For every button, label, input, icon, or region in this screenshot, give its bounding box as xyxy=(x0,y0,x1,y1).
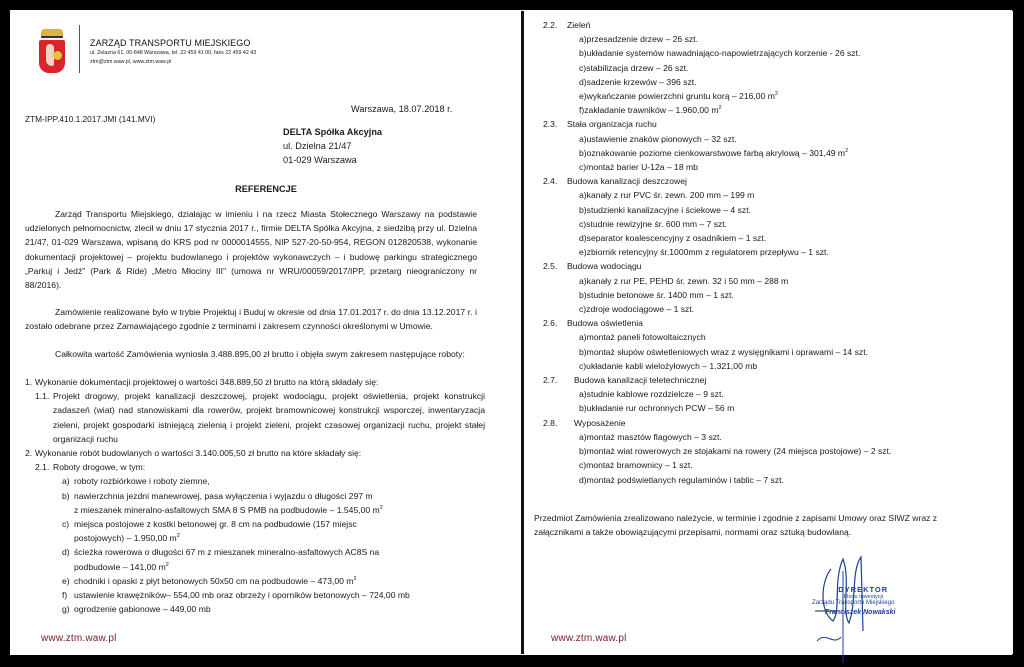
item-letter: e) xyxy=(579,89,587,103)
item-letter: f) xyxy=(62,588,74,602)
item-letter: a) xyxy=(579,387,587,401)
section-2-4: 2.4.Budowa kanalizacji deszczoweja)kanał… xyxy=(543,174,1003,259)
item-text: montaż barier U-12a – 18 mb xyxy=(586,160,1003,174)
paragraph-period: Zamówienie realizowane było w trybie Pro… xyxy=(25,305,477,333)
item-letter: a) xyxy=(579,32,587,46)
addressee-city: 01-029 Warszawa xyxy=(283,153,382,167)
item-text: zbiornik retencyjny śr.1000mm z regulato… xyxy=(587,245,1003,259)
section-1-1: 1.1. Projekt drogowy, projekt kanalizacj… xyxy=(25,389,485,446)
section-title: Stała organizacja ruchu xyxy=(567,117,657,131)
section-number: 2.8. xyxy=(543,416,574,430)
item-text: nawierzchnia jezdni manewrowej, pasa wył… xyxy=(74,489,485,503)
item-continuation: z mieszanek mineralno-asfaltowych SMA 8 … xyxy=(62,503,485,517)
item-letter: b) xyxy=(62,489,74,503)
item-text: studnie rewizyjne śr. 600 mm – 7 szt. xyxy=(586,217,1003,231)
org-address: ul. Żelazna 61, 00-848 Warszawa, tel. 22… xyxy=(90,50,256,57)
item-text: ustawienie znaków pionowych – 32 szt. xyxy=(587,132,1003,146)
item-text: kanały z rur PE, PEHD śr. zewn. 32 i 50 … xyxy=(587,274,1003,288)
item-letter: c) xyxy=(579,359,586,373)
list-item: e)chodniki i opaski z płyt betonowych 50… xyxy=(62,574,485,588)
reference-number: ZTM-IPP.410.1.2017.JMI (141.MVI) xyxy=(25,114,155,124)
letterhead-divider xyxy=(79,25,80,73)
item-letter: d) xyxy=(62,545,74,559)
item-text: ścieżka rowerowa o długości 67 m z miesz… xyxy=(74,545,485,559)
document-frame: ZARZĄD TRANSPORTU MIEJSKIEGO ul. Żelazna… xyxy=(10,10,1012,655)
item-text: przesadzenie drzew – 26 szt. xyxy=(587,32,1003,46)
item-text: zdroje wodociągowe – 1 szt. xyxy=(586,302,1003,316)
item-text: układanie rur ochronnych PCW – 56 m xyxy=(587,401,1003,415)
section-2-6: 2.6.Budowa oświetleniaa)montaż paneli fo… xyxy=(543,316,1003,373)
item-text: montaż słupów oświetleniowych wraz z wys… xyxy=(587,345,1003,359)
item-text: oznakowanie poziome cienkowarstwowe farb… xyxy=(587,146,1003,160)
item-text: miejsca postojowe z kostki betonowej gr.… xyxy=(74,517,485,531)
item-continuation: podbudowie – 141,00 m2 xyxy=(62,560,485,574)
list-item: a)studnie kablowe rozdzielcze – 9 szt. xyxy=(579,387,1003,401)
item-letter: e) xyxy=(579,245,587,259)
list-item: d)separator koalescencyjny z osadnikiem … xyxy=(579,231,1003,245)
addressee-name: DELTA Spółka Akcyjna xyxy=(283,125,382,139)
section-2-3: 2.3.Stała organizacja ruchua)ustawienie … xyxy=(543,117,1003,174)
list-item: c)stabilizacja drzew – 26 szt. xyxy=(579,61,1003,75)
footer-website-link[interactable]: www.ztm.waw.pl xyxy=(41,633,117,644)
item-text: wykańczanie powierzchni gruntu korą – 21… xyxy=(587,89,1003,103)
item-letter: b) xyxy=(579,444,587,458)
page-1: ZARZĄD TRANSPORTU MIEJSKIEGO ul. Żelazna… xyxy=(11,11,521,654)
item-letter: d) xyxy=(579,231,587,245)
list-item: b)studnie betonowe śr. 1400 mm – 1 szt. xyxy=(579,288,1003,302)
item-letter: c) xyxy=(579,458,586,472)
item-letter: a) xyxy=(62,474,74,488)
list-item: b)montaż słupów oświetleniowych wraz z w… xyxy=(579,345,1003,359)
section-number: 2.6. xyxy=(543,316,567,330)
item-text: montaż paneli fotowoltaicznych xyxy=(587,330,1003,344)
item-letter: c) xyxy=(579,217,586,231)
list-item: c)studnie rewizyjne śr. 600 mm – 7 szt. xyxy=(579,217,1003,231)
list-item: a)kanały z rur PE, PEHD śr. zewn. 32 i 5… xyxy=(579,274,1003,288)
section-title: Budowa oświetlenia xyxy=(567,316,643,330)
list-item: b)montaż wiat rowerowych ze stojakami na… xyxy=(579,444,1003,458)
list-item: d)montaż podświetlanych regulaminów i ta… xyxy=(579,473,1003,487)
item-letter: b) xyxy=(579,46,587,60)
item-continuation: postojowych) – 1.950,00 m2 xyxy=(62,531,485,545)
list-item: a)przesadzenie drzew – 26 szt. xyxy=(579,32,1003,46)
list-item: b)układanie rur ochronnych PCW – 56 m xyxy=(579,401,1003,415)
item-letter: c) xyxy=(579,61,586,75)
item-letter: g) xyxy=(62,602,74,616)
list-item: b)studzienki kanalizacyjne i ściekowe – … xyxy=(579,203,1003,217)
section-2-1: 2.1. Roboty drogowe, w tym: xyxy=(25,460,485,474)
list-item: d)ścieżka rowerowa o długości 67 m z mie… xyxy=(62,545,485,573)
list-item: a)montaż masztów flagowych – 3 szt. xyxy=(579,430,1003,444)
item-letter: a) xyxy=(579,132,587,146)
item-letter: b) xyxy=(579,203,587,217)
list-item: c)zdroje wodociągowe – 1 szt. xyxy=(579,302,1003,316)
item-letter: a) xyxy=(579,274,587,288)
section-2-1-items: a)roboty rozbiórkowe i roboty ziemne,b)n… xyxy=(25,474,485,616)
item-letter: d) xyxy=(579,473,587,487)
item-text: kanały z rur PVC śr. zewn. 200 mm – 199 … xyxy=(587,188,1003,202)
item-letter: b) xyxy=(579,288,587,302)
list-item: b)oznakowanie poziome cienkowarstwowe fa… xyxy=(579,146,1003,160)
section-1: 1. Wykonanie dokumentacji projektowej o … xyxy=(25,375,485,389)
section-title: Budowa wodociągu xyxy=(567,259,642,273)
list-item: g)ogrodzenie gabionowe – 449,00 mb xyxy=(62,602,485,616)
section-number: 2.2. xyxy=(543,18,567,32)
section-2-5: 2.5.Budowa wodociągua)kanały z rur PE, P… xyxy=(543,259,1003,316)
signature-block: DYREKTOR Pionu Inwestycji Zarządu Transp… xyxy=(771,551,991,663)
section-2-7: 2.7.Budowa kanalizacji teletechniczneja)… xyxy=(543,373,1003,416)
item-letter: a) xyxy=(579,430,587,444)
section-title: Zieleń xyxy=(567,18,590,32)
list-item: a)kanały z rur PVC śr. zewn. 200 mm – 19… xyxy=(579,188,1003,202)
section-title: Wyposażenie xyxy=(574,416,626,430)
closing-paragraph: Przedmiot Zamówienia zrealizowano należy… xyxy=(534,511,964,539)
document-title: REFERENCJE xyxy=(11,184,521,194)
section-number: 2.3. xyxy=(543,117,567,131)
item-text: sadzenie krzewów – 396 szt. xyxy=(587,75,1003,89)
page-2: 2.2.Zieleńa)przesadzenie drzew – 26 szt.… xyxy=(524,11,1013,654)
item-letter: a) xyxy=(579,188,587,202)
list-item: b)nawierzchnia jezdni manewrowej, pasa w… xyxy=(62,489,485,517)
item-text: chodniki i opaski z płyt betonowych 50x5… xyxy=(74,574,485,588)
list-item: a)roboty rozbiórkowe i roboty ziemne, xyxy=(62,474,485,488)
list-item: f)zakładanie trawników – 1.960,00 m2 xyxy=(579,103,1003,117)
item-text: ustawienie krawężników– 554,00 mb oraz o… xyxy=(74,588,485,602)
list-item: c)montaż barier U-12a – 18 mb xyxy=(579,160,1003,174)
section-2: 2. Wykonanie robót budowlanych o wartośc… xyxy=(25,446,485,460)
item-letter: b) xyxy=(579,146,587,160)
section-number: 2.7. xyxy=(543,373,574,387)
list-item: b)układanie systemów nawadniająco-napowi… xyxy=(579,46,1003,60)
director-stamp: DYREKTOR Pionu Inwestycji Zarządu Transp… xyxy=(831,585,895,616)
footer-website-link-2[interactable]: www.ztm.waw.pl xyxy=(551,633,627,644)
item-text: montaż podświetlanych regulaminów i tabl… xyxy=(587,473,1003,487)
item-text: ogrodzenie gabionowe – 449,00 mb xyxy=(74,602,485,616)
letter-date: Warszawa, 18.07.2018 r. xyxy=(351,104,452,114)
item-text: studnie kablowe rozdzielcze – 9 szt. xyxy=(587,387,1003,401)
addressee-street: ul. Dzielna 21/47 xyxy=(283,139,382,153)
item-letter: c) xyxy=(62,517,74,531)
org-contact: ztm@ztm.waw.pl, www.ztm.waw.pl xyxy=(90,59,256,66)
list-item: c)miejsca postojowe z kostki betonowej g… xyxy=(62,517,485,545)
warsaw-coat-of-arms-icon xyxy=(37,29,67,75)
section-title: Budowa kanalizacji deszczowej xyxy=(567,174,687,188)
list-item: c)montaż bramownicy – 1 szt. xyxy=(579,458,1003,472)
item-text: układanie kabli wielożyłowych – 1.321,00… xyxy=(586,359,1003,373)
addressee: DELTA Spółka Akcyjna ul. Dzielna 21/47 0… xyxy=(283,125,382,167)
list-item: f)ustawienie krawężników– 554,00 mb oraz… xyxy=(62,588,485,602)
item-letter: a) xyxy=(579,330,587,344)
list-item: e)wykańczanie powierzchni gruntu korą – … xyxy=(579,89,1003,103)
list-item: a)montaż paneli fotowoltaicznych xyxy=(579,330,1003,344)
section-2-2: 2.2.Zieleńa)przesadzenie drzew – 26 szt.… xyxy=(543,18,1003,117)
item-letter: c) xyxy=(579,302,586,316)
works-list-left: 1. Wykonanie dokumentacji projektowej o … xyxy=(25,375,485,616)
item-text: montaż masztów flagowych – 3 szt. xyxy=(587,430,1003,444)
item-letter: d) xyxy=(579,75,587,89)
item-letter: e) xyxy=(62,574,74,588)
list-item: d)sadzenie krzewów – 396 szt. xyxy=(579,75,1003,89)
works-list-right: 2.2.Zieleńa)przesadzenie drzew – 26 szt.… xyxy=(543,18,1003,487)
item-text: stabilizacja drzew – 26 szt. xyxy=(586,61,1003,75)
list-item: a)ustawienie znaków pionowych – 32 szt. xyxy=(579,132,1003,146)
list-item: c)układanie kabli wielożyłowych – 1.321,… xyxy=(579,359,1003,373)
item-text: montaż wiat rowerowych ze stojakami na r… xyxy=(587,444,1003,458)
item-text: zakładanie trawników – 1.960,00 m2 xyxy=(584,103,1003,117)
section-number: 2.4. xyxy=(543,174,567,188)
list-item: e)zbiornik retencyjny śr.1000mm z regula… xyxy=(579,245,1003,259)
paragraph-intro: Zarząd Transportu Miejskiego, działając … xyxy=(25,207,477,292)
section-2-8: 2.8.Wyposażeniea)montaż masztów flagowyc… xyxy=(543,416,1003,487)
letterhead: ZARZĄD TRANSPORTU MIEJSKIEGO ul. Żelazna… xyxy=(37,25,256,75)
org-name: ZARZĄD TRANSPORTU MIEJSKIEGO xyxy=(90,38,256,48)
item-text: studzienki kanalizacyjne i ściekowe – 4 … xyxy=(587,203,1003,217)
section-number: 2.5. xyxy=(543,259,567,273)
item-letter: b) xyxy=(579,345,587,359)
item-letter: b) xyxy=(579,401,587,415)
item-text: roboty rozbiórkowe i roboty ziemne, xyxy=(74,474,485,488)
item-text: studnie betonowe śr. 1400 mm – 1 szt. xyxy=(587,288,1003,302)
item-text: układanie systemów nawadniająco-napowiet… xyxy=(587,46,1003,60)
item-text: separator koalescencyjny z osadnikiem – … xyxy=(587,231,1003,245)
item-letter: c) xyxy=(579,160,586,174)
item-text: montaż bramownicy – 1 szt. xyxy=(586,458,1003,472)
section-title: Budowa kanalizacji teletechnicznej xyxy=(574,373,706,387)
paragraph-value: Całkowita wartość Zamówienia wyniosła 3.… xyxy=(25,347,477,361)
